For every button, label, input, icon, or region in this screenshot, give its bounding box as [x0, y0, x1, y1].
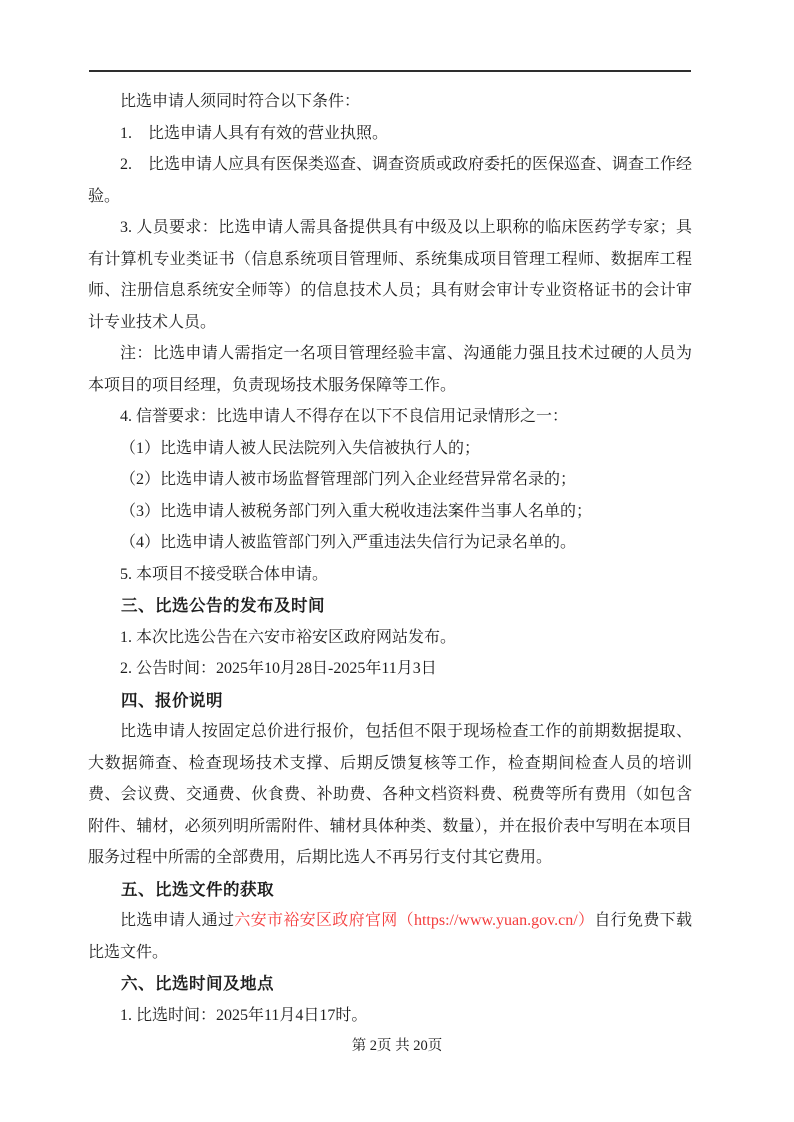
- section6-item-1: 1. 比选时间：2025年11月4日17时。: [88, 1000, 692, 1032]
- condition-item-4-credit: 4. 信誉要求：比选申请人不得存在以下不良信用记录情形之一：: [88, 401, 692, 433]
- credit-subitem-3: （3）比选申请人被税务部门列入重大税收违法案件当事人名单的；: [88, 496, 692, 528]
- document-page: 比选申请人须同时符合以下条件： 1. 比选申请人具有有效的营业执照。 2. 比选…: [0, 0, 794, 1122]
- condition-item-2: 2. 比选申请人应具有医保类巡查、调查资质或政府委托的医保巡查、调查工作经验。: [88, 149, 692, 212]
- condition-item-1: 1. 比选申请人具有有效的营业执照。: [88, 118, 692, 150]
- credit-subitem-2: （2）比选申请人被市场监督管理部门列入企业经营异常名录的；: [88, 464, 692, 496]
- credit-subitem-1: （1）比选申请人被人民法院列入失信被执行人的；: [88, 433, 692, 465]
- credit-subitem-4: （4）比选申请人被监管部门列入严重违法失信行为记录名单的。: [88, 527, 692, 559]
- conditions-lead: 比选申请人须同时符合以下条件：: [88, 86, 692, 118]
- page-number-footer: 第 2页 共 20页: [0, 1036, 794, 1056]
- section5-text-pre: 比选申请人通过: [120, 912, 234, 929]
- gov-website-link[interactable]: 六安市裕安区政府官网（https://www.yuan.gov.cn/）: [234, 912, 594, 929]
- section4-body: 比选申请人按固定总价进行报价，包括但不限于现场检查工作的前期数据提取、大数据筛查…: [88, 716, 692, 874]
- document-body: 比选申请人须同时符合以下条件： 1. 比选申请人具有有效的营业执照。 2. 比选…: [88, 86, 692, 1031]
- section5-body: 比选申请人通过六安市裕安区政府官网（https://www.yuan.gov.c…: [88, 905, 692, 968]
- section4-heading: 四、报价说明: [88, 685, 692, 717]
- header-rule: [89, 70, 691, 72]
- condition-note: 注：比选申请人需指定一名项目管理经验丰富、沟通能力强且技术过硬的人员为本项目的项…: [88, 338, 692, 401]
- section3-heading: 三、比选公告的发布及时间: [88, 590, 692, 622]
- condition-item-5: 5. 本项目不接受联合体申请。: [88, 559, 692, 591]
- section3-item-1: 1. 本次比选公告在六安市裕安区政府网站发布。: [88, 622, 692, 654]
- condition-item-3-personnel: 3. 人员要求：比选申请人需具备提供具有中级及以上职称的临床医药学专家；具有计算…: [88, 212, 692, 338]
- section6-heading: 六、比选时间及地点: [88, 968, 692, 1000]
- section3-item-2: 2. 公告时间：2025年10月28日-2025年11月3日: [88, 653, 692, 685]
- section5-heading: 五、比选文件的获取: [88, 874, 692, 906]
